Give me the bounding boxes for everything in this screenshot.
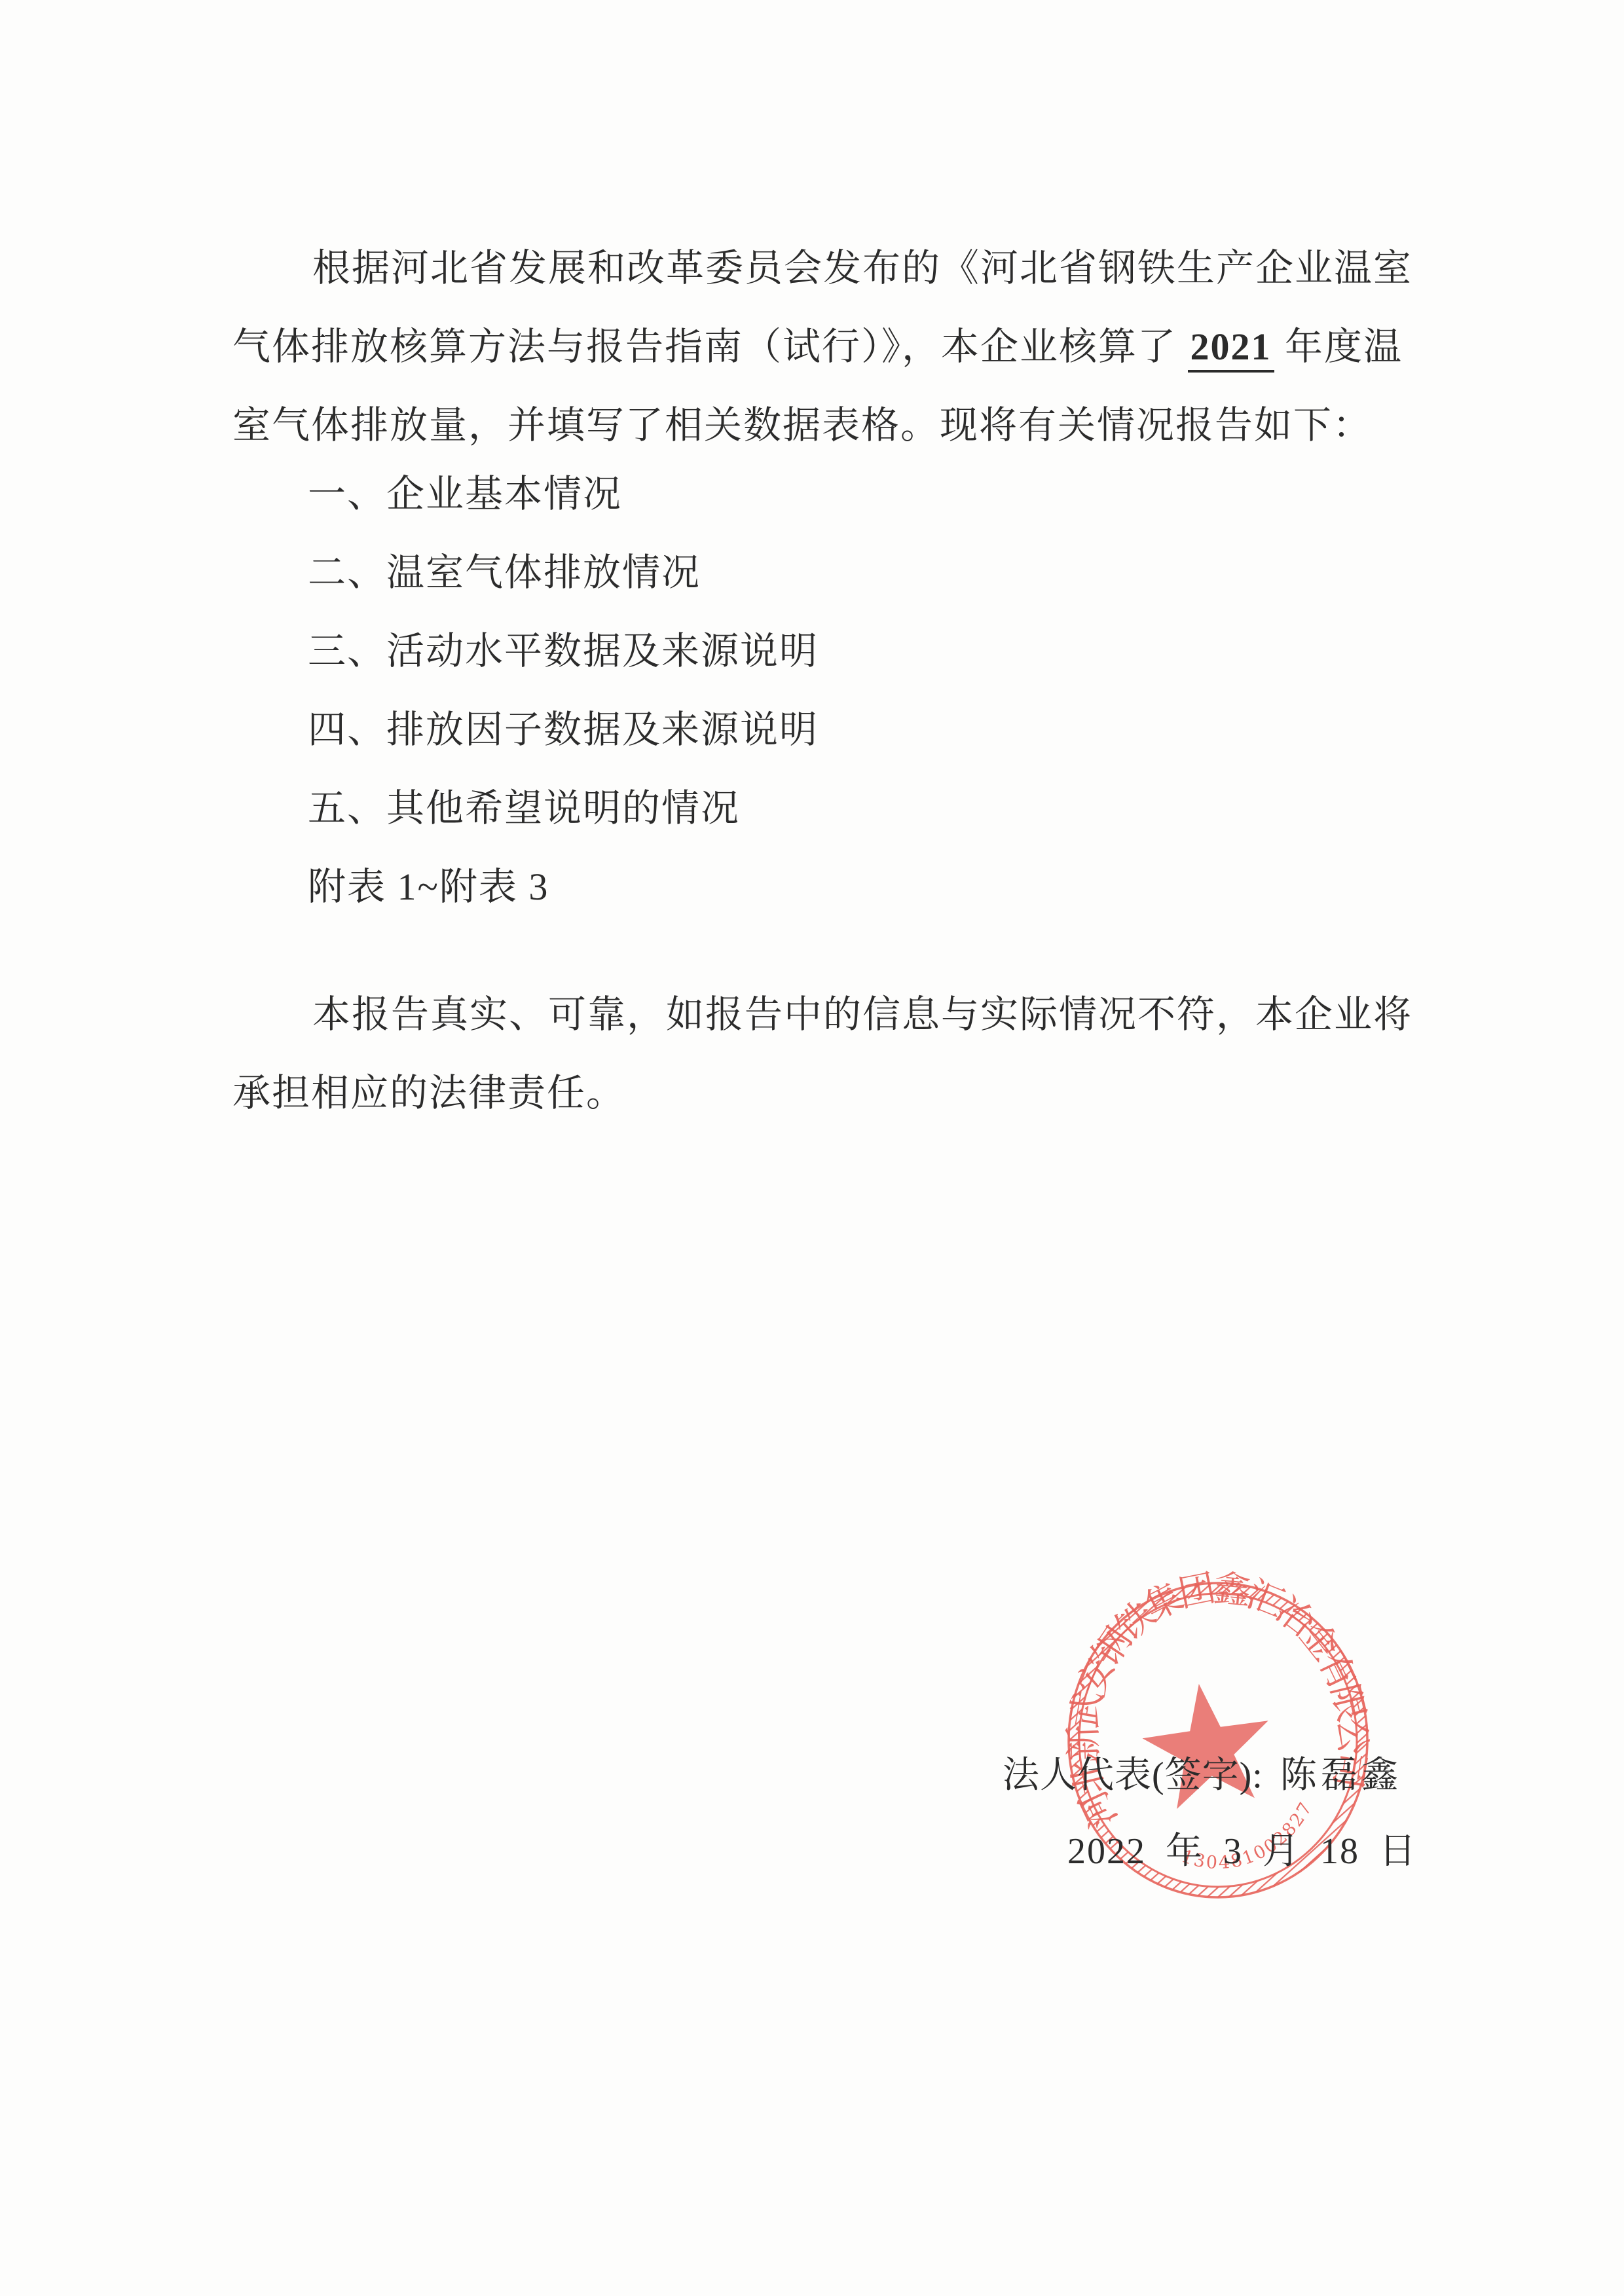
toc-item-5: 五、其他希望说明的情况 (308, 769, 819, 848)
toc-item-2: 二、温室气体排放情况 (308, 534, 819, 612)
declaration-line-1: 本报告真实、可靠，如报告中的信息与实际情况不符，本企业将 (232, 975, 1412, 1054)
intro-line-2-after: 年度温 (1274, 325, 1403, 368)
toc-item-4: 四、排放因子数据及来源说明 (308, 691, 819, 769)
intro-line-3: 室气体排放量，并填写了相关数据表格。现将有关情况报告如下： (232, 386, 1412, 465)
date-line: 2022 年 3 月 18 日 (1067, 1832, 1417, 1872)
signature-line: 法人代表(签字):陈磊鑫 (1003, 1756, 1402, 1796)
declaration-paragraph: 本报告真实、可靠，如报告中的信息与实际情况不符，本企业将 承担相应的法律责任。 (232, 975, 1412, 1133)
contents-list: 一、企业基本情况 二、温室气体排放情况 三、活动水平数据及来源说明 四、排放因子… (308, 455, 819, 926)
intro-line-2-before: 气体排放核算方法与报告指南（试行）》，本企业核算了 (232, 325, 1188, 368)
signature-label: 法人代表(签字): (1003, 1755, 1263, 1796)
signature-name: 陈磊鑫 (1280, 1755, 1402, 1796)
intro-line-1: 根据河北省发展和改革委员会发布的《河北省钢铁生产企业温室 (232, 229, 1412, 308)
intro-paragraph: 根据河北省发展和改革委员会发布的《河北省钢铁生产企业温室 气体排放核算方法与报告… (232, 229, 1412, 465)
report-page: 根据河北省发展和改革委员会发布的《河北省钢铁生产企业温室 气体排放核算方法与报告… (0, 0, 1624, 2296)
toc-appendix: 附表 1~附表 3 (308, 848, 819, 926)
intro-line-2: 气体排放核算方法与报告指南（试行）》，本企业核算了 2021 年度温 (232, 308, 1412, 386)
toc-item-3: 三、活动水平数据及来源说明 (308, 612, 819, 691)
declaration-line-2: 承担相应的法律责任。 (232, 1054, 1412, 1133)
report-year: 2021 (1188, 325, 1274, 373)
toc-item-1: 一、企业基本情况 (308, 455, 819, 534)
